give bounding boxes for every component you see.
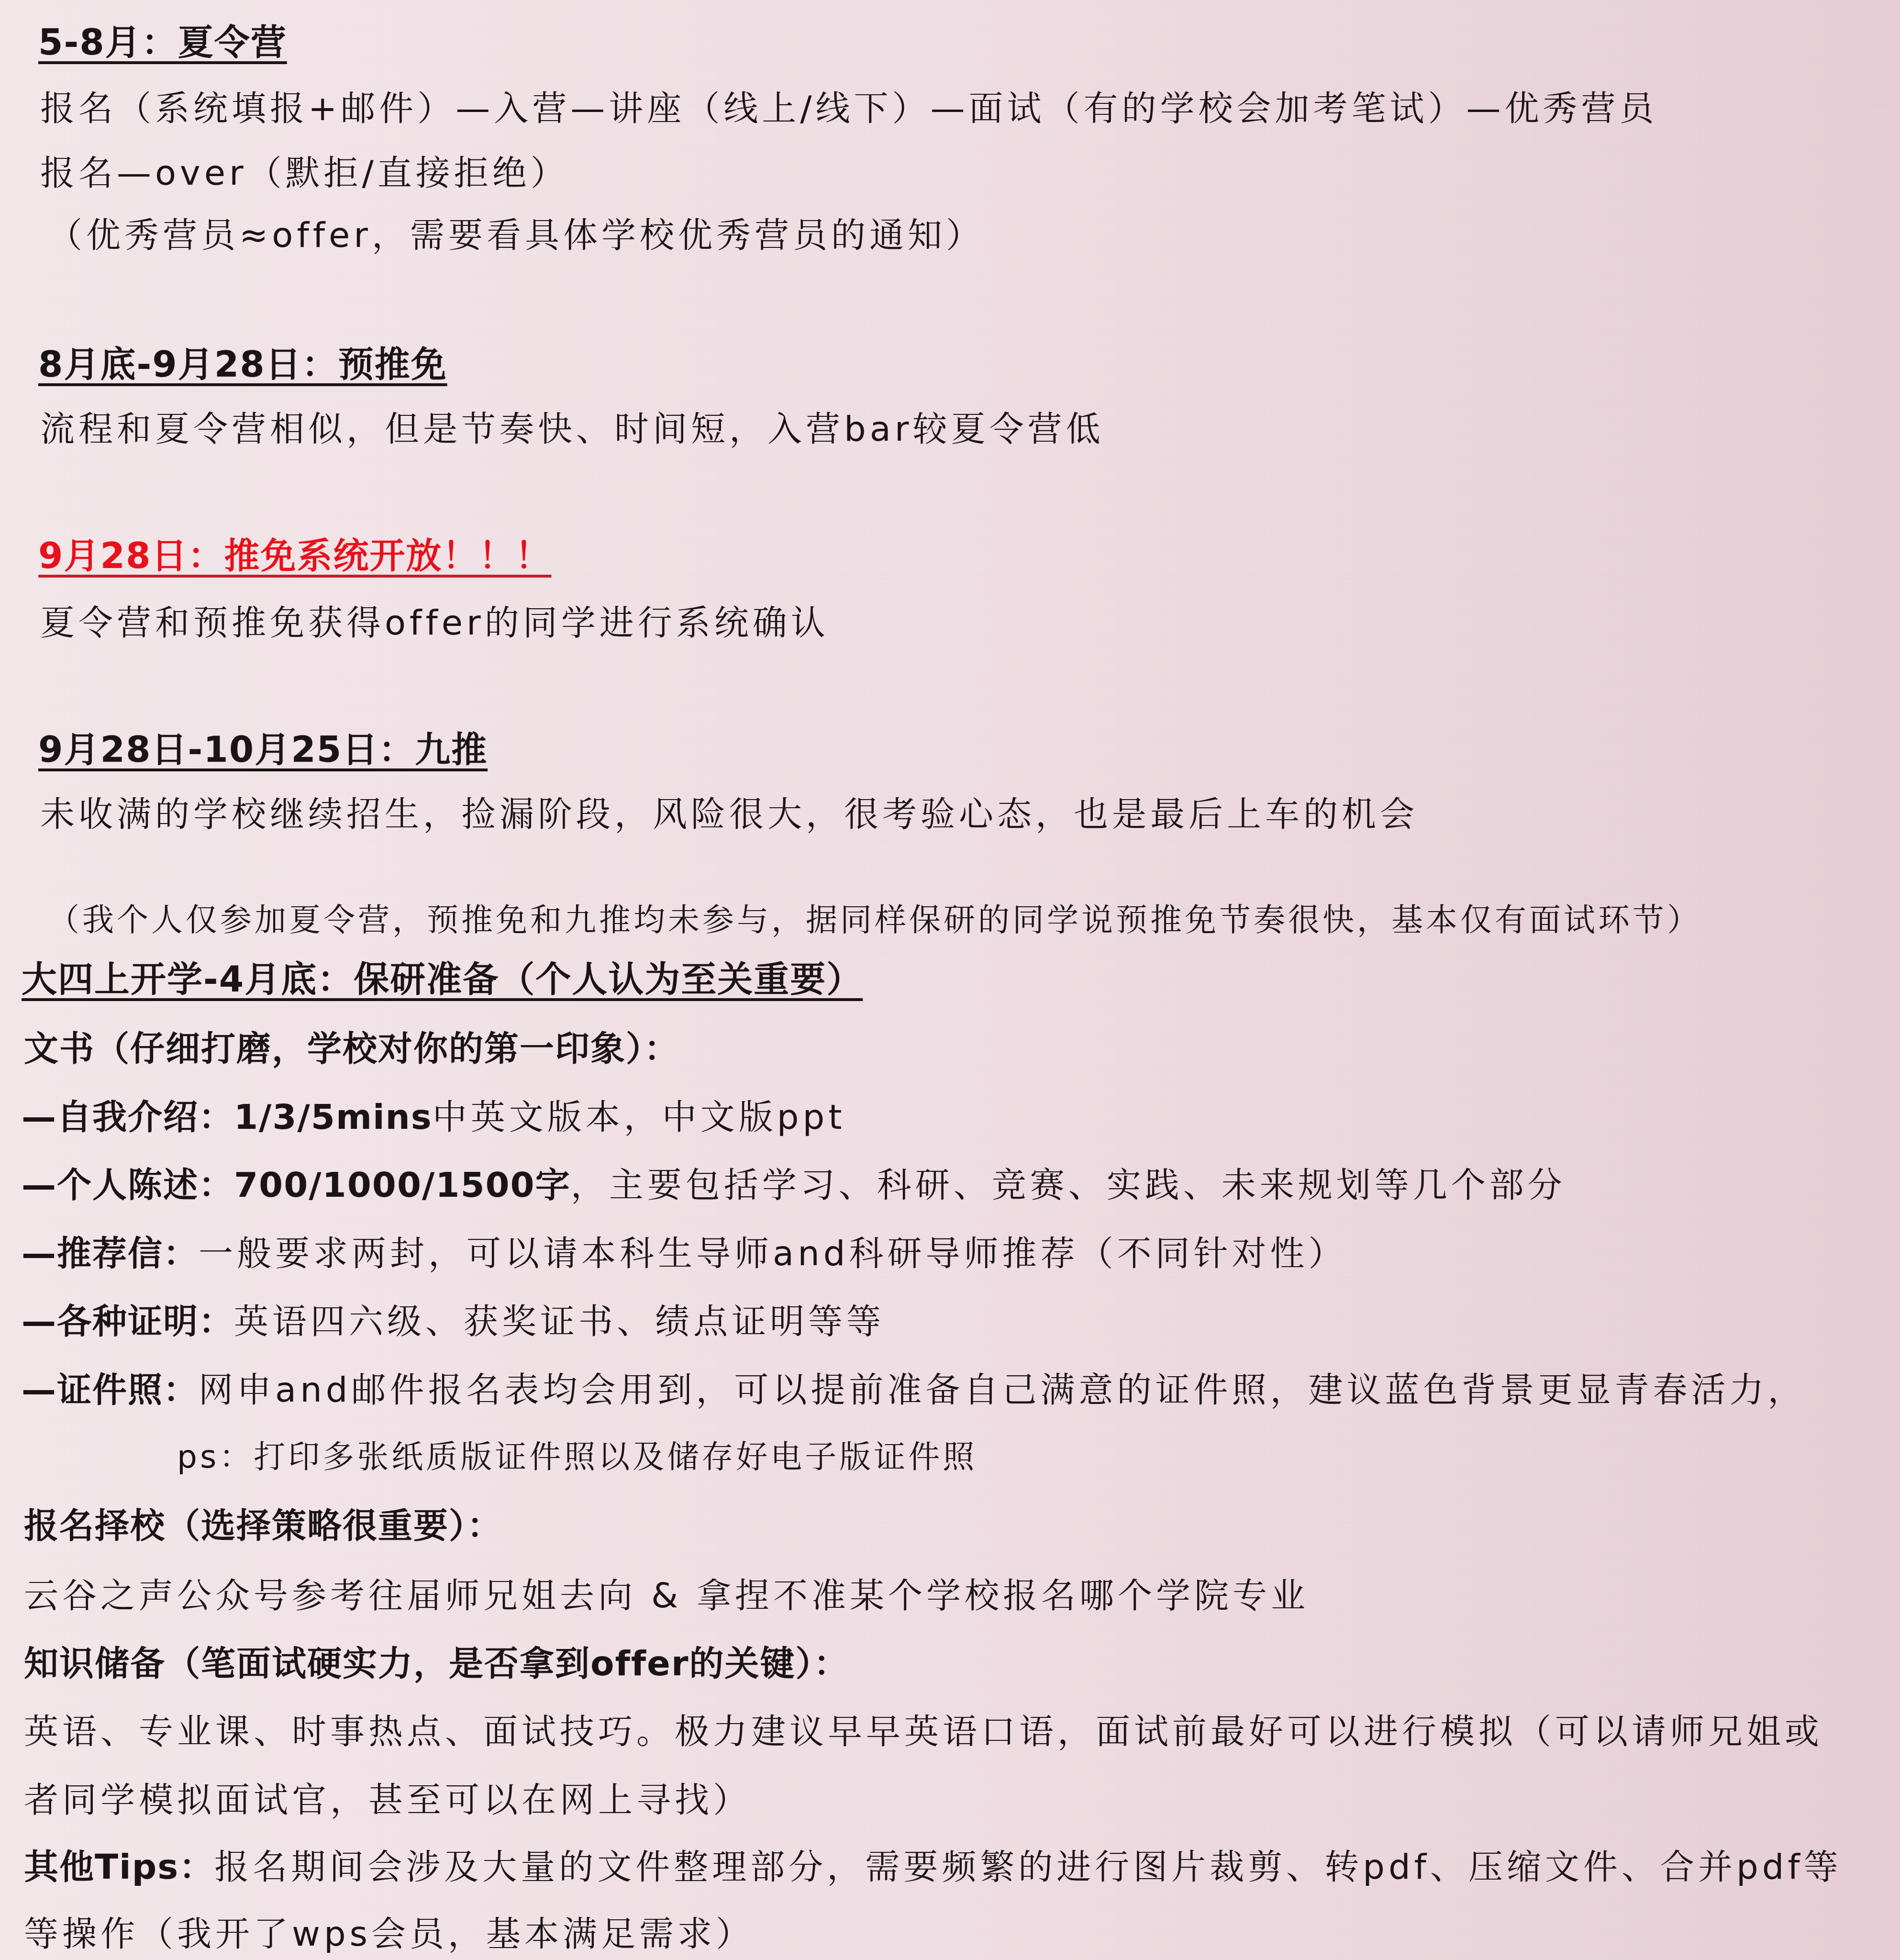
doc-item-bold-value: 700/1000/1500字	[234, 1165, 571, 1205]
doc-item-text: 中英文版本，中文版ppt	[433, 1097, 846, 1137]
doc-item-text: 一般要求两封，可以请本科生导师and科研导师推荐（不同针对性）	[199, 1233, 1346, 1273]
doc-item-label: —各种证明：	[22, 1301, 234, 1341]
tips-label: 其他Tips：	[24, 1847, 214, 1887]
doc-item-bold-value: 1/3/5mins	[234, 1097, 433, 1137]
doc-item-text: 网申and邮件报名表均会用到，可以提前准备自己满意的证件照，建议蓝色背景更显青春…	[199, 1370, 1806, 1410]
school-selection-text: 云谷之声公众号参考往届师兄姐去向 & 拿捏不准某个学校报名哪个学院专业	[24, 1578, 1309, 1613]
heading-pre-recommendation: 8月底-9月28日：预推免	[38, 347, 447, 382]
pre-recommendation-line-1: 流程和夏令营相似，但是节奏快、时间短，入营bar较夏令营低	[40, 412, 1104, 446]
doc-item-text: ，主要包括学习、科研、竞赛、实践、未来规划等几个部分	[571, 1165, 1566, 1205]
id-photo-ps: ps：打印多张纸质版证件照以及储存好电子版证件照	[177, 1441, 977, 1473]
knowledge-line-1: 英语、专业课、时事热点、面试技巧。极力建议早早英语口语，面试前最好可以进行模拟（…	[24, 1714, 1823, 1748]
knowledge-title: 知识储备（笔面试硬实力，是否拿到offer的关键）：	[24, 1646, 849, 1681]
doc-item-text: 英语四六级、获奖证书、绩点证明等等	[234, 1301, 885, 1341]
tips-text: 报名期间会涉及大量的文件整理部分，需要频繁的进行图片裁剪、转pdf、压缩文件、合…	[214, 1847, 1842, 1887]
system-open-line-1: 夏令营和预推免获得offer的同学进行系统确认	[40, 605, 829, 640]
heading-summer-camp: 5-8月：夏令营	[38, 25, 287, 60]
doc-item-personal-statement: —个人陈述：700/1000/1500字，主要包括学习、科研、竞赛、实践、未来规…	[22, 1168, 1566, 1202]
summer-camp-line-1: 报名（系统填报+邮件）—入营—讲座（线上/线下）—面试（有的学校会加考笔试）—优…	[40, 91, 1658, 125]
heading-nine-push: 9月28日-10月25日：九推	[38, 732, 488, 768]
heading-system-open: 9月28日：推免系统开放！！！	[38, 538, 551, 574]
doc-item-id-photo: —证件照：网申and邮件报名表均会用到，可以提前准备自己满意的证件照，建议蓝色背…	[22, 1372, 1806, 1407]
doc-item-label: —个人陈述：	[22, 1165, 234, 1205]
doc-item-label: —推荐信：	[22, 1233, 199, 1273]
summer-camp-line-2: 报名—over（默拒/直接拒绝）	[40, 156, 569, 190]
heading-preparation: 大四上开学-4月底：保研准备（个人认为至关重要）	[22, 962, 863, 997]
doc-item-recommendation-letter: —推荐信：一般要求两封，可以请本科生导师and科研导师推荐（不同针对性）	[22, 1236, 1346, 1270]
school-selection-title: 报名择校（选择策略很重要）：	[24, 1508, 502, 1543]
tips-line-2: 等操作（我开了wps会员，基本满足需求）	[24, 1916, 754, 1951]
personal-note: （我个人仅参加夏令营，预推免和九推均未参与，据同样保研的同学说预推免节奏很快，基…	[48, 904, 1701, 936]
summer-camp-line-3: （优秀营员≈offer，需要看具体学校优秀营员的通知）	[48, 218, 984, 252]
tips-line-1: 其他Tips：报名期间会涉及大量的文件整理部分，需要频繁的进行图片裁剪、转pdf…	[24, 1849, 1842, 1884]
doc-item-certificates: —各种证明：英语四六级、获奖证书、绩点证明等等	[22, 1304, 885, 1338]
nine-push-line-1: 未收满的学校继续招生，捡漏阶段，风险很大，很考验心态，也是最后上车的机会	[40, 797, 1418, 831]
doc-item-label: —证件照：	[22, 1370, 199, 1410]
documents-title: 文书（仔细打磨，学校对你的第一印象）：	[24, 1031, 679, 1066]
doc-item-label: —自我介绍：	[22, 1097, 234, 1137]
doc-item-self-intro: —自我介绍：1/3/5mins中英文版本，中文版ppt	[22, 1100, 845, 1134]
knowledge-line-2: 者同学模拟面试官，甚至可以在网上寻找）	[24, 1782, 751, 1817]
